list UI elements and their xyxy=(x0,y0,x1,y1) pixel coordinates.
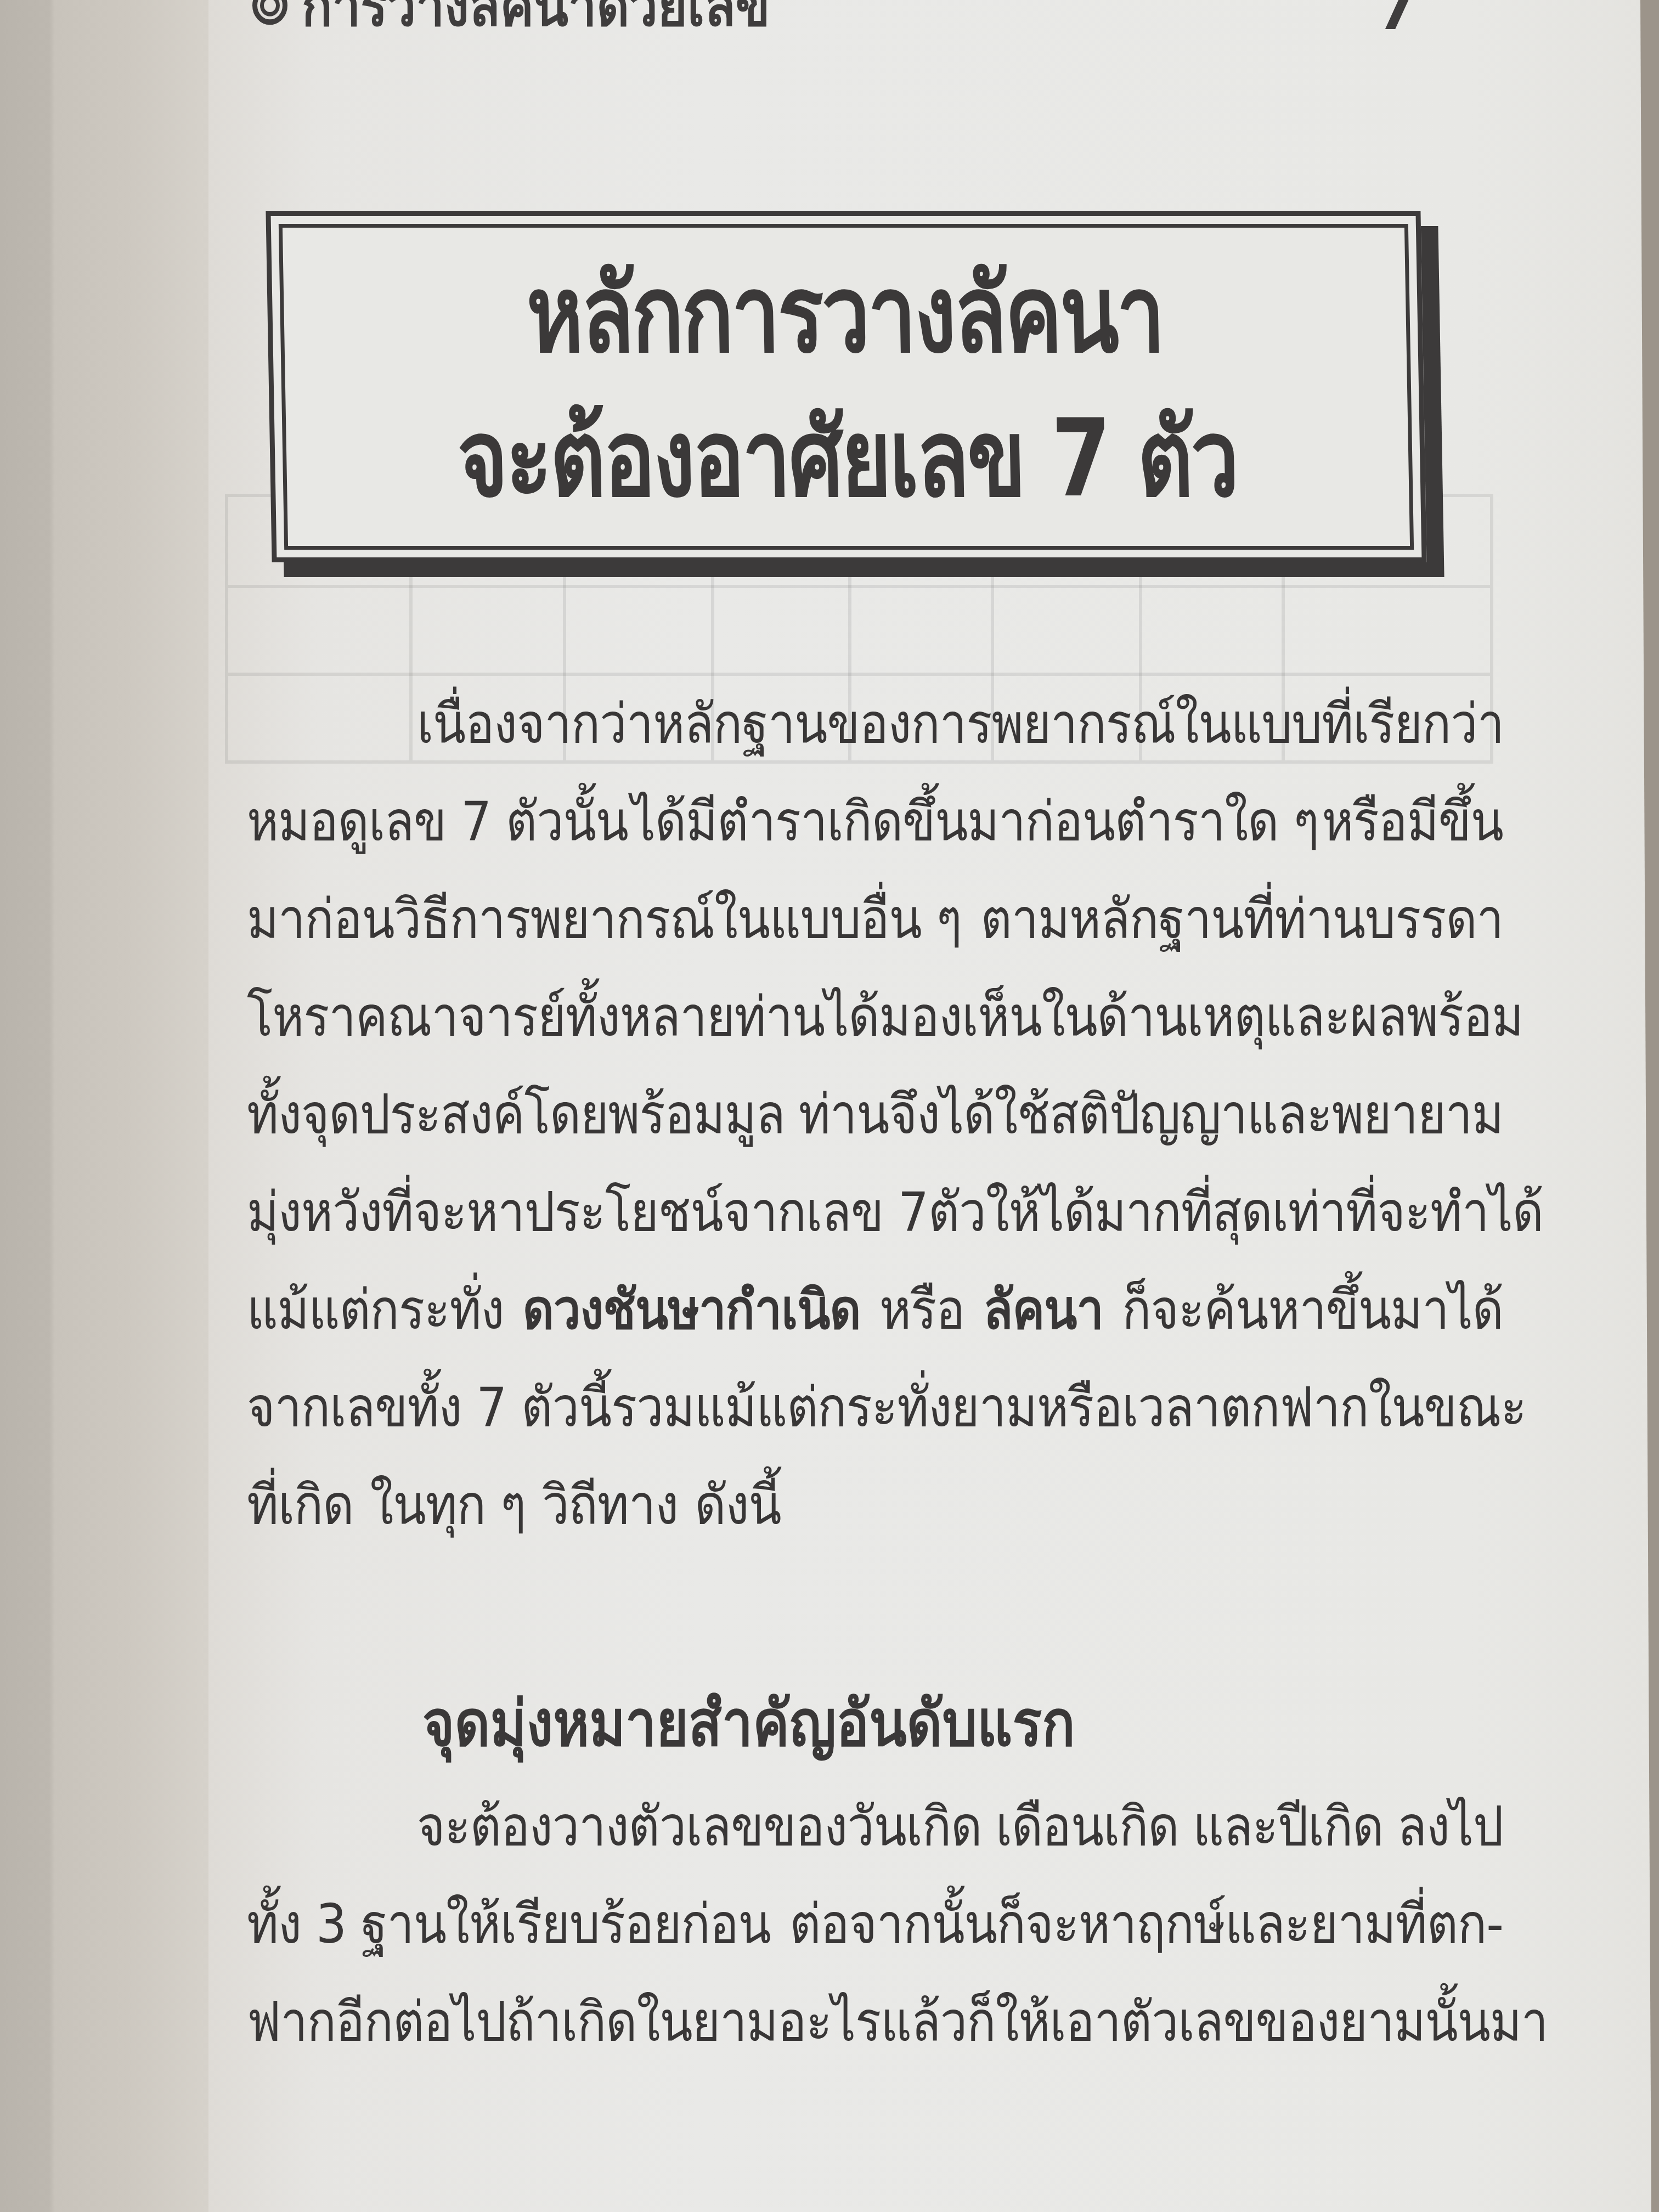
text-span: ในทุก ๆ xyxy=(370,1450,526,1559)
running-header: การวางลัคนาด้วยเลข xyxy=(252,0,770,36)
text-span: ดังนี้ xyxy=(695,1450,781,1559)
chapter-title-box: หลักการวางลัคนา จะต้องอาศัยเลข 7 ตัว xyxy=(266,211,1426,562)
text-span: แม้แต่กระทั่ง xyxy=(247,1255,504,1364)
paragraph-line: ทั้งจุดประสงค์โดยพร้อมมูล ท่านจึงได้ใช้ส… xyxy=(247,1059,1503,1169)
bold-term-birth-chart: ดวงชันษากำเนิด xyxy=(523,1255,861,1364)
text-span: ในแบบที่เรียกว่า xyxy=(1176,669,1504,778)
text-span: และปีเกิด xyxy=(1193,1771,1383,1881)
text-span: ที่เกิด xyxy=(247,1450,354,1559)
paragraph-line: จะต้องวางตัวเลขของวันเกิด เดือนเกิด และป… xyxy=(247,1771,1503,1881)
text-span: พร้อม xyxy=(1407,962,1523,1071)
bold-term-ascendant: ลัคนา xyxy=(984,1255,1103,1364)
paragraph-line: ทั้ง 3 ฐานให้เรียบร้อยก่อน ต่อจากนั้นก็จ… xyxy=(247,1869,1503,1978)
text-span: ท่านจึงได้ใช้สติปัญญาและพยายาม xyxy=(799,1059,1503,1169)
chapter-title-line-2: จะต้องอาศัยเลข 7 ตัว xyxy=(456,376,1239,542)
page-number: 7 xyxy=(1377,0,1415,42)
text-span: หรือ xyxy=(879,1255,964,1364)
text-span: จะต้องวางตัวเลขของวันเกิด xyxy=(417,1771,981,1881)
paragraph-line: จากเลขทั้ง 7 ตัวนี้ รวมแม้แต่กระทั่งยามห… xyxy=(247,1352,1503,1462)
text-span: หมอดูเลข 7 ตัวนั้น xyxy=(247,766,628,876)
text-span: ได้มีตำราเกิดขึ้นมาก่อนตำราใด ๆ xyxy=(631,766,1319,876)
paragraph-line: เนื่องจากว่าหลักฐานของการพยากรณ์ ในแบบที… xyxy=(247,669,1503,778)
chapter-title-inner-border: หลักการวางลัคนา จะต้องอาศัยเลข 7 ตัว xyxy=(279,224,1414,550)
text-span: หรือมีขึ้น xyxy=(1322,766,1503,876)
text-span: มาก่อนวิธีการพยากรณ์ในแบบอื่น ๆ xyxy=(247,864,962,973)
text-span: จากเลขทั้ง 7 ตัวนี้ xyxy=(247,1352,611,1462)
text-span: ตัวให้ได้มากที่สุดเท่าที่จะทำได้ xyxy=(928,1157,1543,1266)
paragraph-line: ฟากอีกต่อไป ถ้าเกิดในยามอะไรแล้วก็ให้เอา… xyxy=(247,1967,1503,2076)
section-subheading: จุดมุ่งหมายสำคัญอันดับแรก xyxy=(422,1673,1075,1774)
paragraph-line: มาก่อนวิธีการพยากรณ์ในแบบอื่น ๆ ตามหลักฐ… xyxy=(247,864,1503,973)
text-span: ก็จะค้นหาขึ้นมาได้ xyxy=(1122,1255,1503,1364)
paragraph-line: หมอดูเลข 7 ตัวนั้น ได้มีตำราเกิดขึ้นมาก่… xyxy=(247,766,1503,876)
running-title: การวางลัคนาด้วยเลข xyxy=(302,0,770,50)
text-span: มุ่งหวังที่จะหาประโยชน์จากเลข 7 xyxy=(247,1157,928,1266)
text-span: ลงไป xyxy=(1397,1771,1503,1881)
text-span: ทั้งจุดประสงค์โดยพร้อมมูล xyxy=(247,1059,785,1169)
paragraph-line: แม้แต่กระทั่ง ดวงชันษากำเนิด หรือ ลัคนา … xyxy=(247,1255,1503,1364)
text-span: วิถีทาง xyxy=(542,1450,678,1559)
text-span: เดือนเกิด xyxy=(996,1771,1179,1881)
paragraph-line: มุ่งหวังที่จะหาประโยชน์จากเลข 7 ตัวให้ได… xyxy=(247,1157,1503,1266)
paragraph-2: จะต้องวางตัวเลขของวันเกิด เดือนเกิด และป… xyxy=(247,1778,1503,2070)
text-span: โหราคณาจารย์ทั้งหลาย xyxy=(247,962,735,1071)
text-span: ฟากอีกต่อไป xyxy=(247,1967,506,2076)
paragraph-1: เนื่องจากว่าหลักฐานของการพยากรณ์ ในแบบที… xyxy=(247,675,1503,1554)
text-span: ทั้ง 3 ฐานให้เรียบร้อยก่อน xyxy=(247,1869,771,1978)
text-span: ท่านได้มองเห็นในด้านเหตุและผล xyxy=(735,962,1407,1071)
text-span: ต่อจากนั้นก็จะหาฤกษ์และยามที่ตก- xyxy=(789,1869,1503,1978)
text-span: ถ้าเกิดในยามอะไรแล้วก็ให้เอาตัวเลขของยาม… xyxy=(506,1967,1548,2076)
text-span: เนื่องจากว่าหลักฐานของการพยากรณ์ xyxy=(417,669,1176,778)
chapter-title-line-1: หลักการวางลัคนา xyxy=(526,232,1165,398)
text-span: ตามหลักฐานที่ท่านบรรดา xyxy=(981,864,1503,973)
paragraph-line: ที่เกิด ในทุก ๆ วิถีทาง ดังนี้ xyxy=(247,1450,1503,1559)
paragraph-line: โหราคณาจารย์ทั้งหลาย ท่านได้มองเห็นในด้า… xyxy=(247,962,1503,1071)
target-icon xyxy=(252,0,287,25)
text-span: รวมแม้แต่กระทั่งยามหรือเวลาตกฟากในขณะ xyxy=(611,1352,1526,1462)
